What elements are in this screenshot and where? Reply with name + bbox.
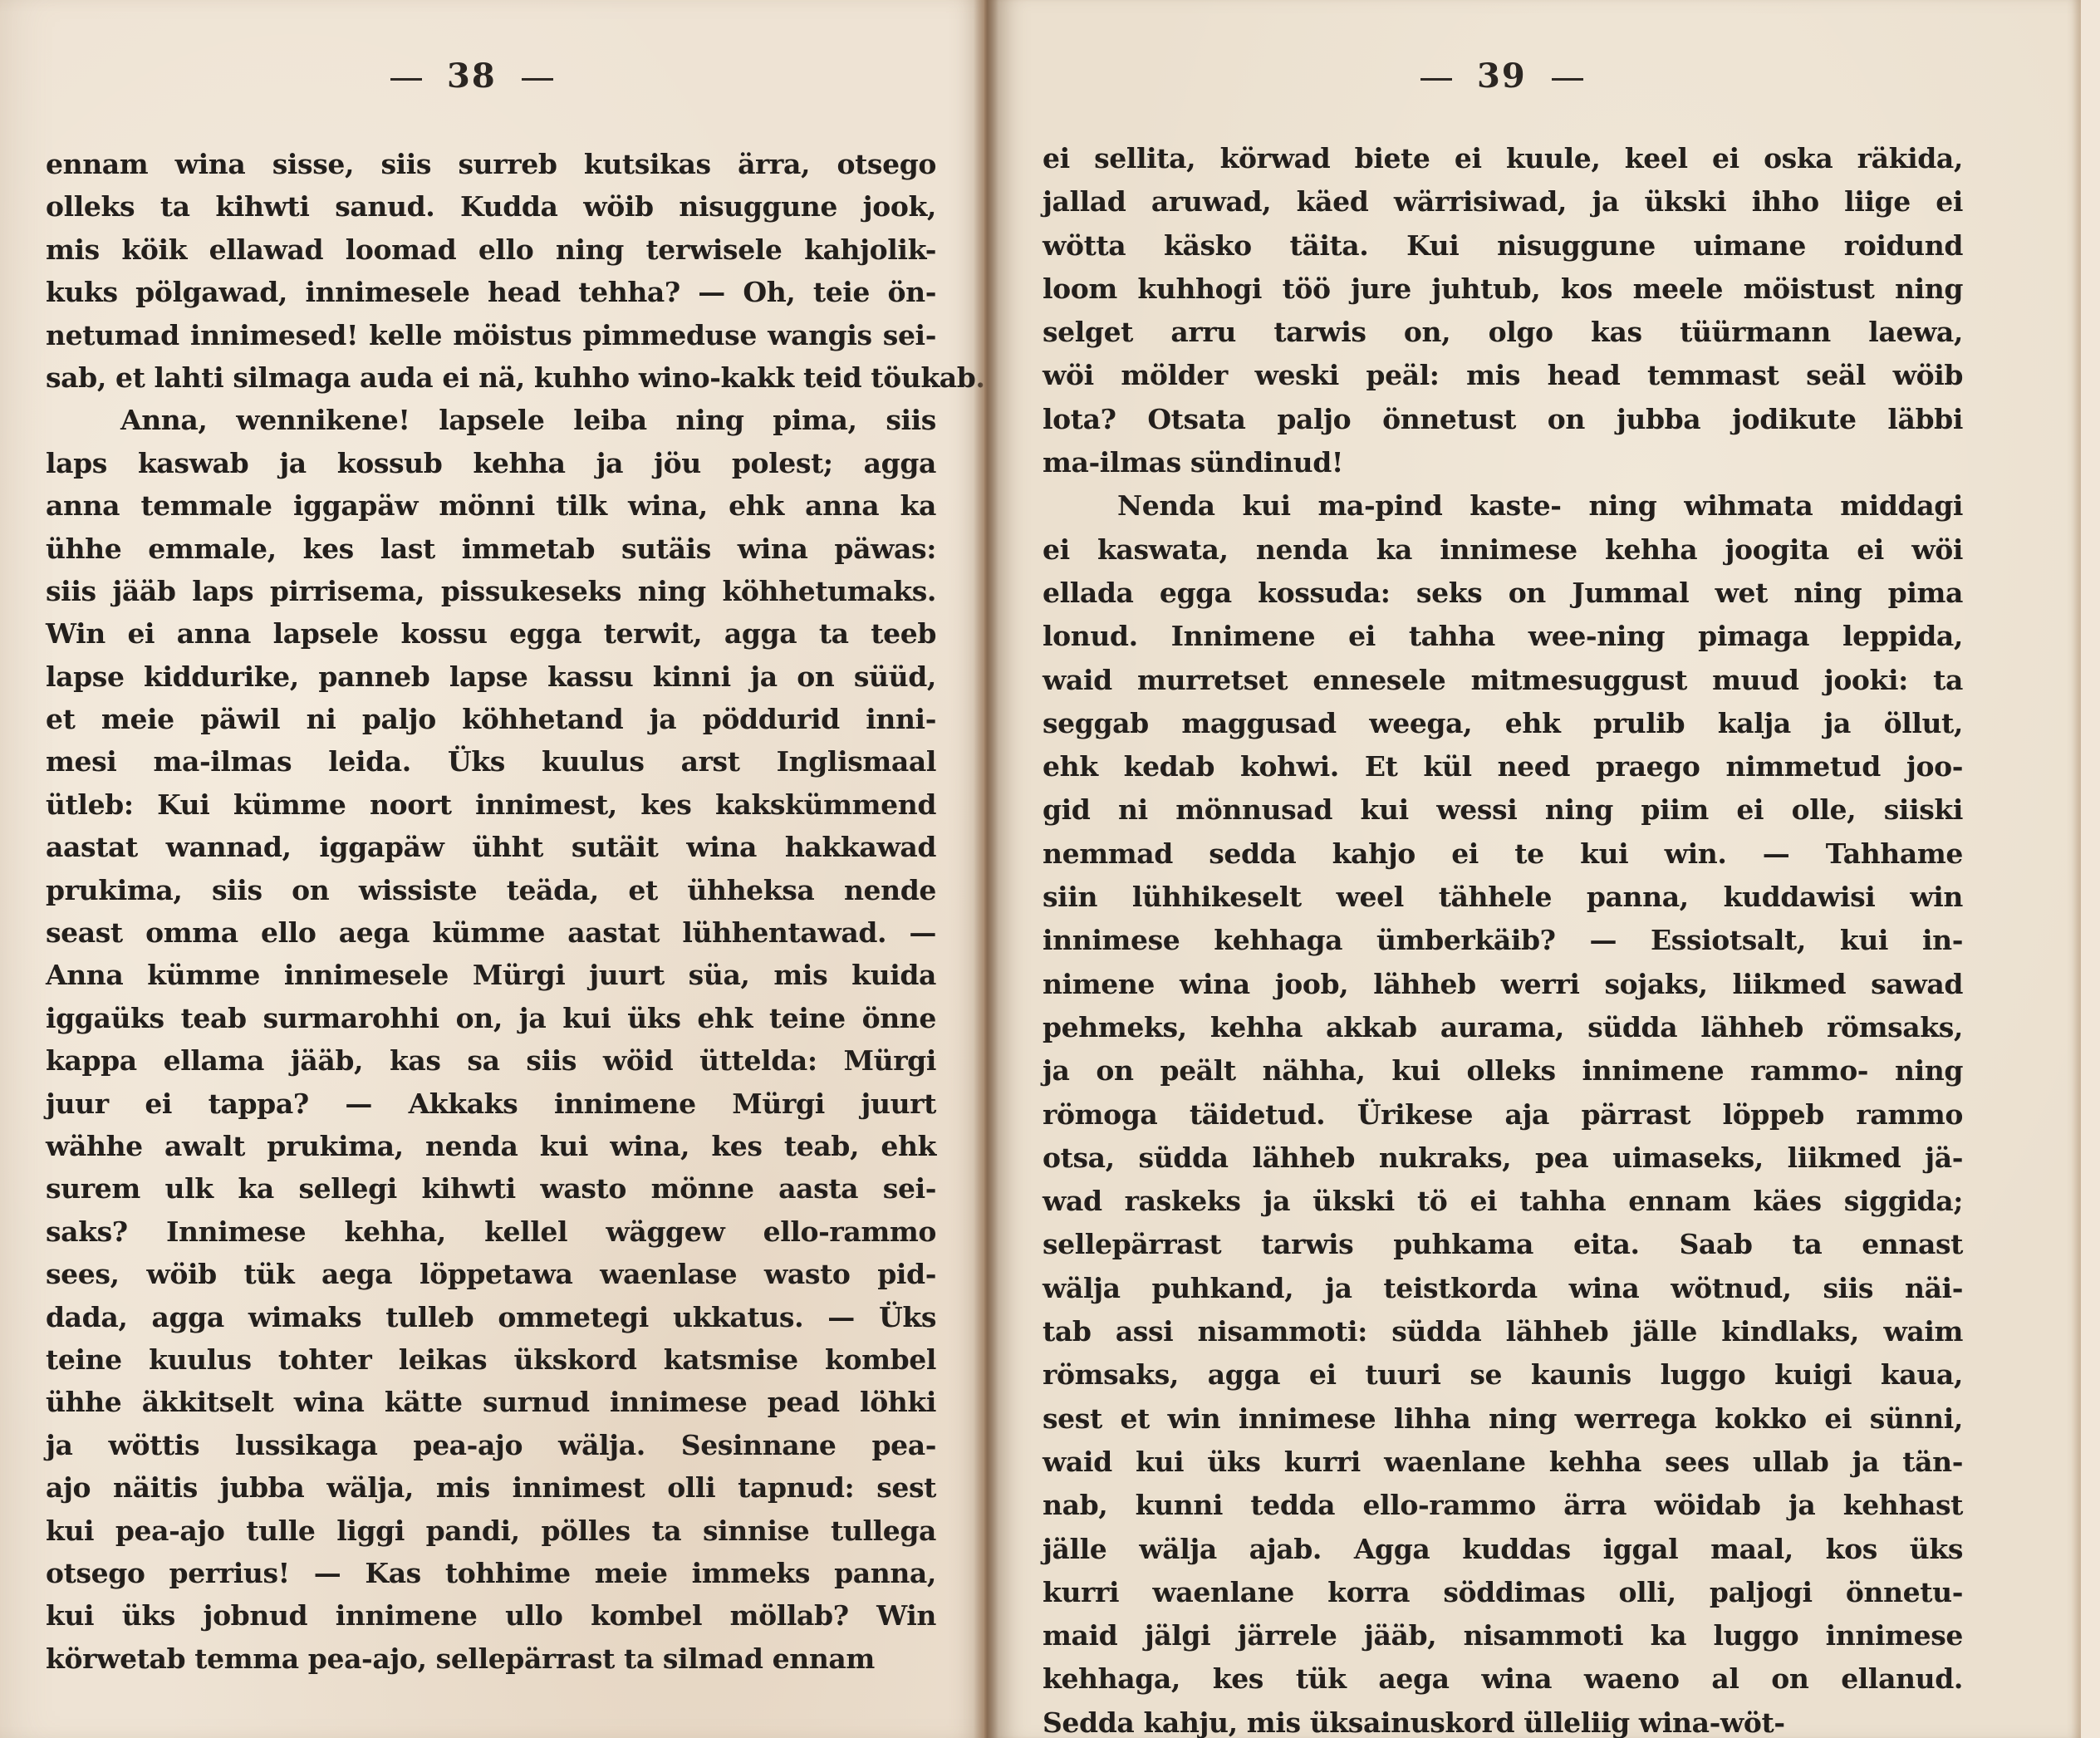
text-line: wöi mölder weski peäl: mis head temmast … [1043,354,1963,397]
text-line: lota? Otsata paljo önnetust on jubba jod… [1043,398,1963,441]
text-line: kui pea-ajo tulle liggi pandi, pölles ta… [46,1510,936,1552]
text-line: mesi ma-ilmas leida. Üks kuulus arst Ing… [46,740,936,783]
text-line: otsego perrius! — Kas tohhime meie immek… [46,1552,936,1594]
text-line: jälle wälja ajab. Agga kuddas iggal maal… [1043,1528,1963,1571]
text-line: selget arru tarwis on, olgo kas tüürmann… [1043,311,1963,354]
text-line: Win ei anna lapsele kossu egga terwit, a… [46,612,936,655]
text-line: Anna, wennikene! lapsele leiba ning pima… [46,399,936,441]
text-line: nab, kunni tedda ello-rammo ärra wöidab … [1043,1484,1963,1527]
text-line: saks? Innimese kehha, kellel wäggew ello… [46,1210,936,1253]
folio-dash [1420,78,1452,81]
text-line: ma-ilmas sündinud! [1043,441,1963,484]
text-line: teine kuulus tohter leikas ükskord katsm… [46,1338,936,1381]
text-line: wad raskeks ja ükski tö ei tahha ennam k… [1043,1180,1963,1223]
text-line: pehmeks, kehha akkab aurama, südda lähhe… [1043,1006,1963,1049]
page-number-right: 39 [1396,56,1608,96]
text-line: juur ei tappa? — Akkaks innimene Mürgi j… [46,1083,936,1125]
folio-dash [522,78,553,81]
text-line: ajo näitis jubba wälja, mis innimest oll… [46,1466,936,1509]
text-line: tab assi nisammoti: südda lähheb jälle k… [1043,1310,1963,1353]
text-line: et meie päwil ni paljo köhhetand ja pödd… [46,698,936,740]
text-line: ennam wina sisse, siis surreb kutsikas ä… [46,143,936,185]
text-line: siin lühhikeselt weel tähhele panna, kud… [1043,876,1963,919]
left-page-body-text: ennam wina sisse, siis surreb kutsikas ä… [46,143,936,1680]
text-line: kuks pölgawad, innimesele head tehha? — … [46,271,936,313]
text-line: nemmad sedda kahjo ei te kui win. — Tahh… [1043,832,1963,876]
text-line: lapse kiddurike, panneb lapse kassu kinn… [46,655,936,698]
text-line: olleks ta kihwti sanud. Kudda wöib nisug… [46,185,936,228]
text-line: Anna kümme innimesele Mürgi juurt süa, m… [46,954,936,996]
text-line: siis jääb laps pirrisema, pissukeseks ni… [46,570,936,612]
text-line: ei sellita, körwad biete ei kuule, keel … [1043,137,1963,180]
text-line: loom kuhhogi töö jure juhtub, kos meele … [1043,268,1963,311]
text-line: iggaüks teab surmarohhi on, ja kui üks e… [46,997,936,1039]
right-page-body-text: ei sellita, körwad biete ei kuule, keel … [1043,137,1963,1738]
text-line: seast omma ello aega kümme aastat lühhen… [46,911,936,954]
text-line: ütleb: Kui kümme noort innimest, kes kak… [46,783,936,826]
text-line: maid jälgi järrele jääb, nisammoti ka lu… [1043,1614,1963,1657]
text-line: surem ulk ka sellegi kihwti wasto mönne … [46,1167,936,1210]
folio-dash [1552,78,1583,81]
text-line: anna temmale iggapäw mönni tilk wina, eh… [46,484,936,527]
text-line: römoga täidetud. Ürikese aja pärrast löp… [1043,1093,1963,1137]
page-number-left: 38 [366,56,578,96]
text-line: innimese kehhaga ümberkäib? — Essiotsalt… [1043,919,1963,962]
text-line: ühhe äkkitselt wina kätte surnud innimes… [46,1381,936,1423]
text-line: sellepärrast tarwis puhkama eita. Saab t… [1043,1223,1963,1266]
text-line: kappa ellama jääb, kas sa siis wöid ütte… [46,1039,936,1082]
text-line: ehk kedab kohwi. Et kül need praego nimm… [1043,745,1963,788]
text-line: Nenda kui ma-pind kaste- ning wihmata mi… [1043,484,1963,528]
text-line: seggab maggusad weega, ehk prulib kalja … [1043,702,1963,745]
book-gutter [974,0,998,1738]
text-line: sest et win innimese lihha ning werrega … [1043,1397,1963,1441]
text-line: kehhaga, kes tük aega wina waeno al on e… [1043,1657,1963,1701]
text-line: Sedda kahju, mis üksainuskord ülleliig w… [1043,1701,1963,1738]
text-line: sees, wöib tük aega löppetawa waenlase w… [46,1253,936,1295]
left-page: 38 ennam wina sisse, siis surreb kutsika… [0,0,984,1738]
text-line: netumad innimesed! kelle möistus pimmedu… [46,314,936,356]
text-line: kui üks jobnud innimene ullo kombel möll… [46,1594,936,1637]
text-line: kurri waenlane korra söddimas olli, palj… [1043,1571,1963,1614]
page-number-value: 39 [1477,56,1527,96]
text-line: mis köik ellawad loomad ello ning terwis… [46,228,936,271]
page-number-value: 38 [447,56,497,96]
text-line: ellada egga kossuda: seks on Jummal wet … [1043,572,1963,615]
text-line: wälja puhkand, ja teistkorda wina wötnud… [1043,1267,1963,1310]
text-line: laps kaswab ja kossub kehha ja jöu poles… [46,442,936,484]
text-line: ei kaswata, nenda ka innimese kehha joog… [1043,528,1963,572]
text-line: ja on peält nähha, kui olleks innimene r… [1043,1049,1963,1092]
text-line: waid kui üks kurri waenlane kehha sees u… [1043,1441,1963,1484]
text-line: waid murretset ennesele mitmesuggust muu… [1043,659,1963,702]
text-line: prukima, siis on wissiste teäda, et ühhe… [46,869,936,911]
text-line: ühhe emmale, kes last immetab sutäis win… [46,528,936,570]
text-line: körwetab temma pea-ajo, sellepärrast ta … [46,1637,936,1680]
text-line: wähhe awalt prukima, nenda kui wina, kes… [46,1125,936,1167]
text-line: römsaks, agga ei tuuri se kaunis luggo k… [1043,1353,1963,1397]
folio-dash [390,78,422,81]
page-edge [2081,0,2100,1738]
text-line: gid ni mönnusad kui wessi ning piim ei o… [1043,788,1963,832]
text-line: ja wöttis lussikaga pea-ajo wälja. Sesin… [46,1424,936,1466]
text-line: jallad aruwad, käed wärrisiwad, ja ükski… [1043,180,1963,223]
text-line: otsa, südda lähheb nukraks, pea uimaseks… [1043,1137,1963,1180]
text-line: aastat wannad, iggapäw ühht sutäit wina … [46,826,936,868]
text-line: dada, agga wimaks tulleb ommetegi ukkatu… [46,1296,936,1338]
text-line: nimene wina joob, lähheb werri sojaks, l… [1043,963,1963,1006]
text-line: wötta käsko täita. Kui nisuggune uimane … [1043,224,1963,268]
book-spread: 38 ennam wina sisse, siis surreb kutsika… [0,0,2100,1738]
text-line: lonud. Innimene ei tahha wee-ning pimaga… [1043,615,1963,658]
text-line: sab, et lahti silmaga auda ei nä, kuhho … [46,356,936,399]
